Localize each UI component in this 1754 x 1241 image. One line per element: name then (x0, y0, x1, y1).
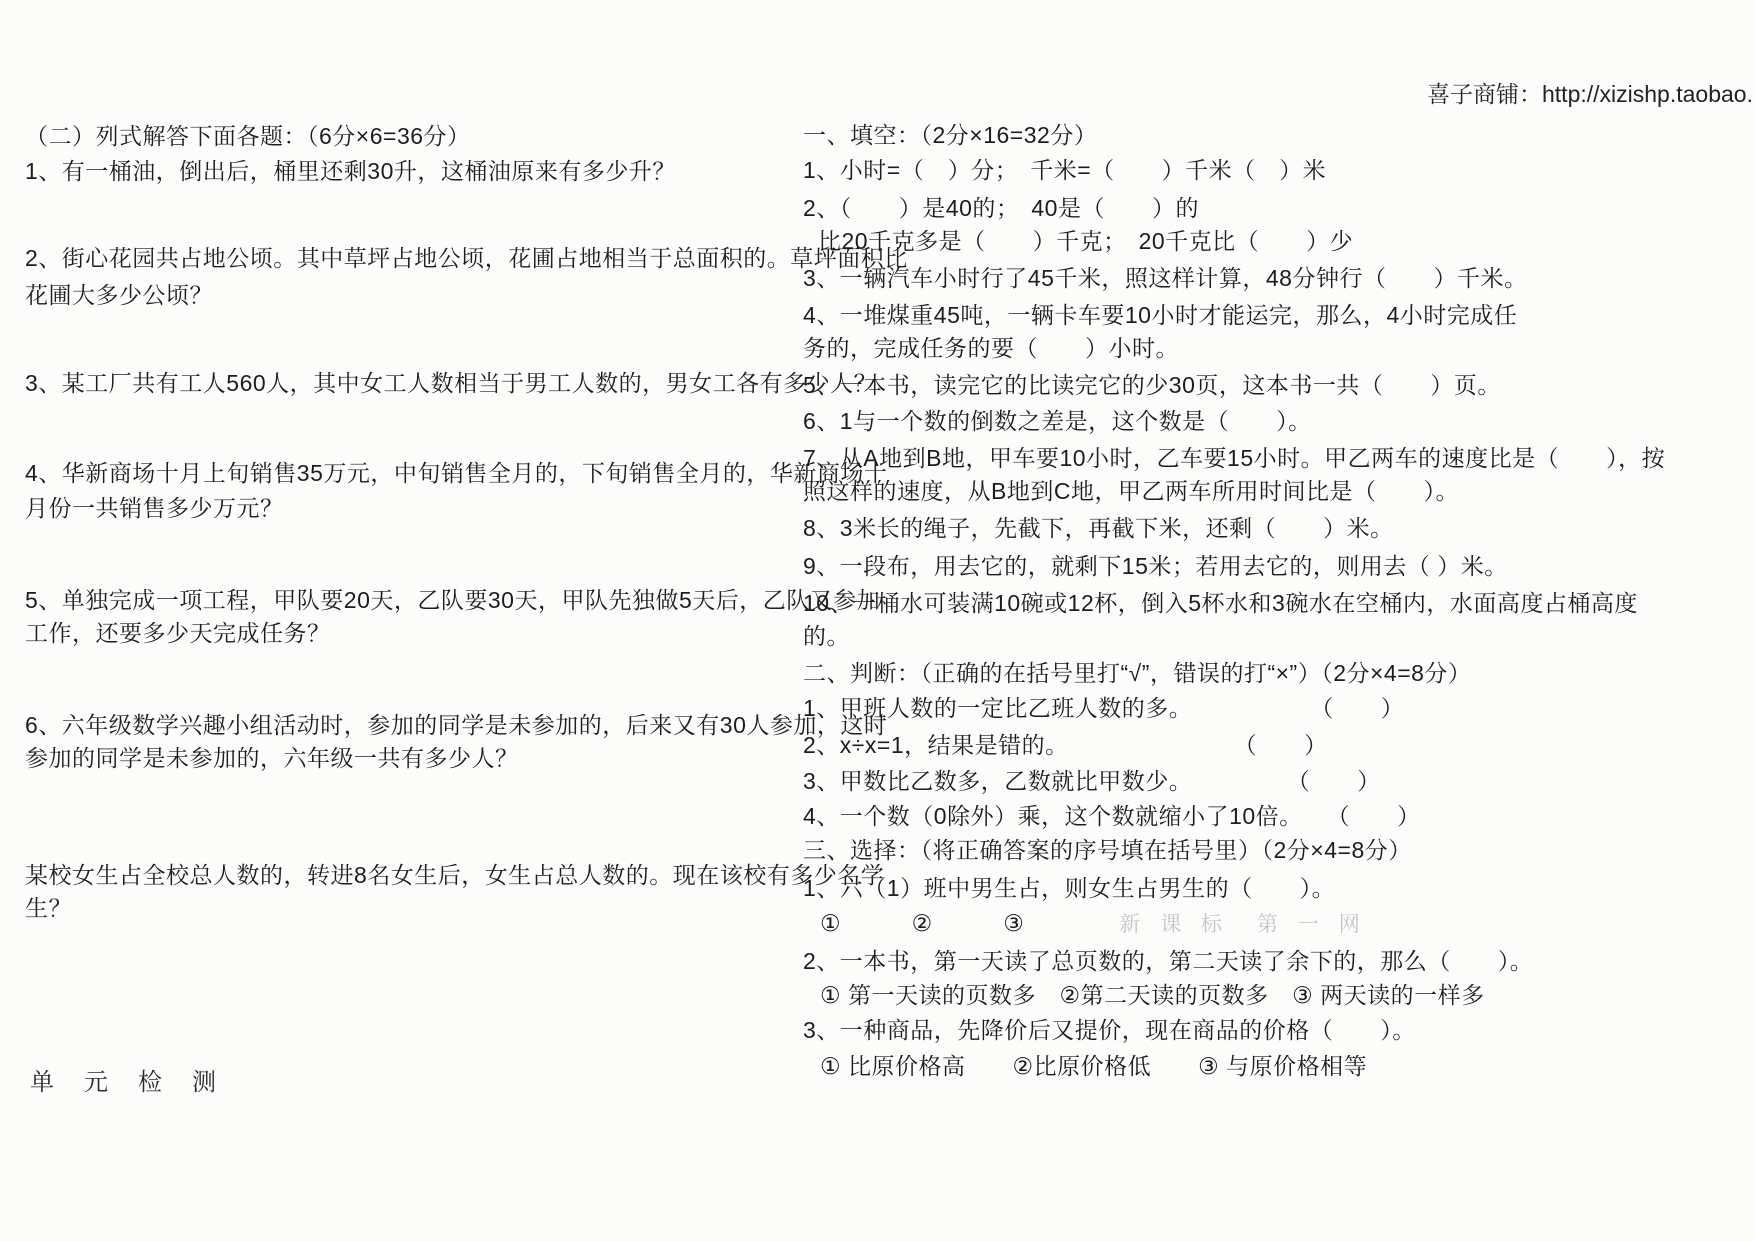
fill-item-9: 9、一段布，用去它的，就剩下15米；若用去它的，则用去（ ）米。 (803, 551, 1508, 581)
choice-item-2: 2、一本书，第一天读了总页数的，第二天读了余下的，那么（ ）。 (803, 946, 1533, 976)
fill-item-7-line-1: 7、从A地到B地，甲车要10小时，乙车要15小时。甲乙两车的速度比是（ ），按 (803, 443, 1665, 473)
choice-item-3: 3、一种商品，先降价后又提价，现在商品的价格（ ）。 (803, 1015, 1416, 1045)
fill-item-2-line-2: 比20千克多是（ ）千克； 20千克比（ ）少 (818, 226, 1353, 256)
judge-item-1: 1、甲班人数的一定比乙班人数的多。 （ ） (803, 693, 1404, 723)
left-problem-5-line-2: 工作，还要多少天完成任务？ (25, 618, 331, 648)
fill-item-7-line-2: 照这样的速度，从B地到C地，甲乙两车所用时间比是（ ）。 (803, 476, 1459, 506)
choice-section-title: 三、选择：（将正确答案的序号填在括号里）（2分×4=8分） (803, 835, 1412, 865)
left-problem-7-line-2: 生？ (25, 893, 72, 923)
left-problem-6-line-1: 6、六年级数学兴趣小组活动时，参加的同学是未参加的，后来又有30人参加，这时 (25, 710, 887, 740)
fill-item-10-line-2: 的。 (803, 621, 850, 651)
left-problem-5-line-1: 5、单独完成一项工程，甲队要20天，乙队要30天，甲队先独做5天后，乙队又参加 (25, 585, 880, 615)
fill-item-4-line-2: 务的，完成任务的要（ ）小时。 (803, 333, 1179, 363)
left-section-title: （二）列式解答下面各题：（6分×6=36分） (25, 121, 471, 151)
fill-item-1: 1、小时=（ ）分； 千米=（ ）千米（ ）米 (803, 155, 1326, 185)
left-problem-2-line-1: 2、街心花园共占地公顷。其中草坪占地公顷，花圃占地相当于总面积的。草坪面积比 (25, 243, 908, 273)
left-problem-3: 3、某工厂共有工人560人，其中女工人数相当于男工人数的，男女工各有多少人？ (25, 368, 877, 398)
fill-blank-section-title: 一、填空：（2分×16=32分） (803, 120, 1097, 150)
fill-item-5: 5、一本书，读完它的比读完它的少30页，这本书一共（ ）页。 (803, 370, 1501, 400)
judge-item-4: 4、一个数（0除外）乘，这个数就缩小了10倍。 （ ） (803, 801, 1421, 831)
fill-item-2-line-1: 2、（ ）是40的； 40是（ ）的 (803, 193, 1199, 223)
left-problem-1: 1、有一桶油，倒出后，桶里还剩30升，这桶油原来有多少升？ (25, 156, 676, 186)
choice-item-2-options: ① 第一天读的页数多 ②第二天读的页数多 ③ 两天读的一样多 (820, 980, 1485, 1010)
judge-section-title: 二、判断：（正确的在括号里打“√”，错误的打“×”）（2分×4=8分） (803, 658, 1471, 688)
fill-item-6: 6、1与一个数的倒数之差是，这个数是（ ）。 (803, 406, 1312, 436)
choice-item-1-options: ① ② ③ (820, 910, 1024, 936)
judge-item-3: 3、甲数比乙数多，乙数就比甲数少。 （ ） (803, 766, 1381, 796)
left-problem-2-line-2: 花圃大多少公顷？ (25, 280, 213, 310)
fill-item-4-line-1: 4、一堆煤重45吨，一辆卡车要10小时才能运完，那么，4小时完成任 (803, 300, 1517, 330)
site-watermark: 新 课 标 第 一 网 (1119, 913, 1366, 936)
choice-item-1: 1、六（1）班中男生占，则女生占男生的（ ）。 (803, 873, 1335, 903)
choice-item-3-options: ① 比原价格高 ②比原价格低 ③ 与原价格相等 (820, 1051, 1367, 1081)
fill-item-10-line-1: 10、一桶水可装满10碗或12杯，倒入5杯水和3碗水在空桶内，水面高度占桶高度 (803, 588, 1638, 618)
fill-item-8: 8、3米长的绳子，先截下，再截下米，还剩（ ）米。 (803, 513, 1394, 543)
left-problem-4-line-1: 4、华新商场十月上旬销售35万元，中旬销售全月的，下旬销售全月的，华新商场十 (25, 458, 887, 488)
left-problem-7-line-1: 某校女生占全校总人数的，转进8名女生后，女生占总人数的。现在该校有多少名学 (25, 860, 884, 890)
left-problem-4-line-2: 月份一共销售多少万元？ (25, 493, 284, 523)
shop-header-link: 喜子商铺：http://xizishp.taobao.com (1427, 76, 1754, 109)
worksheet-page: 喜子商铺：http://xizishp.taobao.com （二）列式解答下面… (0, 0, 1754, 1241)
fill-item-3: 3、一辆汽车小时行了45千米，照这样计算，48分钟行（ ）千米。 (803, 263, 1527, 293)
judge-item-2: 2、x÷x=1，结果是错的。 （ ） (803, 730, 1328, 760)
choice-item-1-options-row: ① ② ③新 课 标 第 一 网 (820, 908, 1367, 940)
unit-test-footer: 单 元 检 测 (30, 1062, 228, 1097)
left-problem-6-line-2: 参加的同学是未参加的，六年级一共有多少人？ (25, 743, 519, 773)
